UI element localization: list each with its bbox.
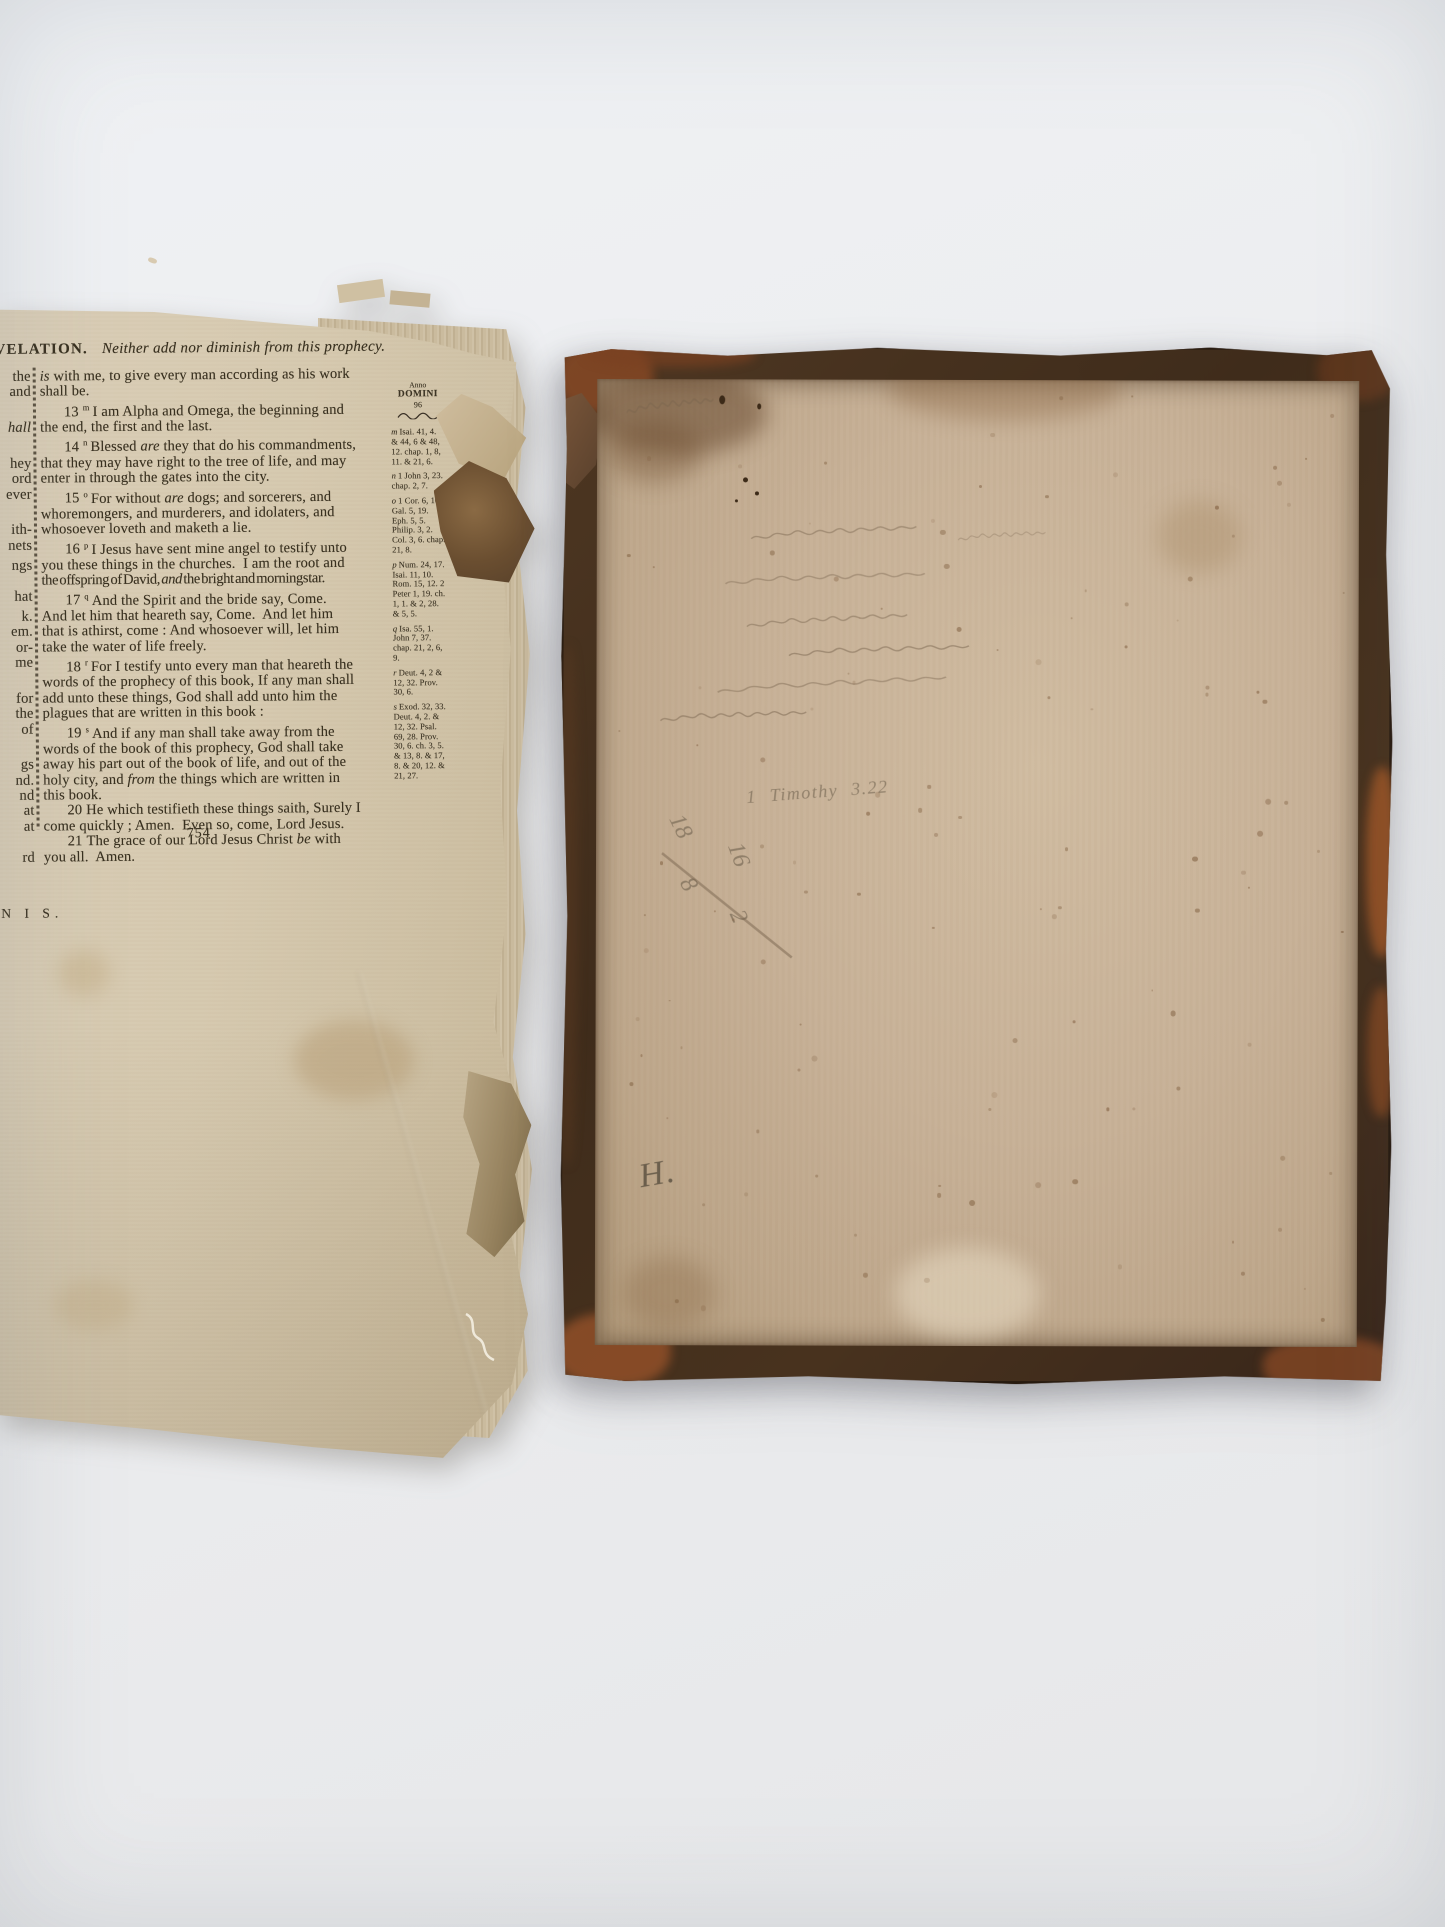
reference-letter: m (83, 402, 90, 412)
cutoff-left-column-fragment: ever (0, 487, 41, 508)
reference-letter: n (83, 438, 87, 448)
ink-spot (755, 491, 759, 495)
domini-word: DOMINI (391, 390, 445, 400)
cutoff-left-column-fragment: nets (0, 538, 41, 559)
foxing-dot (1012, 1038, 1017, 1043)
foxing-dot (1073, 1020, 1076, 1023)
foxing-dot (810, 708, 813, 711)
foxing-dot (1113, 472, 1118, 477)
cutoff-left-column-fragment (0, 436, 40, 457)
margin-reference-group: sExod. 32, 33. Deut. 4, 2. & 12, 32. Psa… (394, 702, 449, 781)
foxing-dot (934, 833, 938, 837)
foxing-dot (1131, 396, 1133, 398)
binding-thread (460, 1310, 508, 1364)
ink-spot (735, 499, 738, 502)
verse-number: 16 (65, 542, 80, 558)
margin-reference-group: qIsa. 55, 1. John 7, 37. chap. 21, 2, 6,… (393, 624, 447, 664)
margin-references: Anno DOMINI 96 mIsai. 41, 4. & 44, 6 & 4… (391, 380, 449, 786)
page-stain (294, 1020, 414, 1100)
foxing-dot (770, 551, 775, 556)
margin-reference-group: pNum. 24, 17. Isai. 11, 10. Rom. 15, 12.… (392, 560, 447, 619)
cutoff-left-column-fragment: hall (0, 421, 40, 437)
cutoff-left-column-fragment: the (0, 370, 40, 386)
foxing-dot (811, 1056, 817, 1062)
cover-stain (607, 421, 702, 483)
cover-stain-light (895, 1248, 1040, 1340)
cover-board-leather-frame: 1 Timothy 3.22 181682 H. (559, 345, 1394, 1385)
reference-letter: o (83, 489, 87, 499)
foxing-dot (1195, 908, 1199, 912)
foxing-dot (969, 1200, 975, 1206)
cutoff-left-column-fragment: rd (0, 850, 44, 866)
foxing-dot (1045, 495, 1049, 499)
foxing-dot (930, 519, 934, 523)
foxing-dot (857, 893, 860, 896)
foxing-dot (732, 919, 734, 921)
foxing-dot (918, 808, 923, 813)
foxing-dot (1040, 908, 1042, 910)
reference-letter: p (84, 540, 88, 550)
foxing-dot (1125, 646, 1128, 649)
margin-reference-group: rDeut. 4, 2 & 12, 32. Prov. 30, 6. (393, 668, 447, 698)
reference-letter: r (85, 657, 88, 667)
foxing-dot (938, 1184, 941, 1187)
foxing-dot (991, 1092, 997, 1098)
torn-page-sliver (389, 290, 430, 307)
foxing-dot (1256, 691, 1259, 694)
foxing-dot (1278, 1228, 1282, 1232)
scripture-line: rdyou all. Amen. (0, 847, 451, 866)
foxing-dot (996, 649, 998, 651)
foxing-dot (989, 1109, 991, 1111)
pastedown-paper: 1 Timothy 3.22 181682 H. (595, 379, 1360, 1347)
page-number: 754 (19, 825, 379, 844)
foxing-dot (1265, 799, 1271, 805)
pencil-strike-line (654, 845, 804, 970)
ink-spot (743, 477, 748, 482)
ink-drip (719, 395, 725, 404)
cutoff-left-column-fragment: nd (0, 789, 43, 805)
handwritten-numeral: 18 (663, 810, 698, 843)
cutoff-left-column-fragment: the (0, 707, 43, 723)
foxing-dot (1281, 1156, 1286, 1161)
foxing-dot (696, 744, 698, 746)
foxing-dot (1036, 659, 1042, 665)
verse-number: 15 (65, 491, 80, 507)
cutoff-left-column-fragment: ngs (0, 558, 41, 574)
page-stain (54, 1280, 134, 1330)
handwritten-monogram: H. (636, 1152, 679, 1196)
scripture-line-text: you all. Amen. (44, 847, 451, 866)
foxing-dot (863, 1273, 868, 1278)
verse-number: 20 (67, 803, 82, 819)
foxing-dot (881, 608, 883, 610)
cutoff-left-column-fragment (0, 742, 43, 758)
verse-number: 13 (64, 404, 79, 420)
margin-key-letter: s (394, 702, 398, 712)
foxing-dot (1073, 1179, 1078, 1184)
cutoff-left-column-fragment: for (0, 691, 43, 707)
cover-stain (1157, 500, 1242, 572)
reference-letter: q (84, 591, 88, 601)
foxing-dot (1330, 1172, 1332, 1174)
cutoff-left-column-fragment: or- (0, 640, 42, 656)
cutoff-left-column-fragment: hat (0, 589, 42, 610)
rust-patch (557, 645, 578, 1165)
cutoff-left-column-fragment: ith- (0, 523, 41, 539)
foxing-dot (1058, 906, 1062, 910)
foxing-dot (1052, 914, 1056, 918)
foxing-dot (1187, 577, 1192, 582)
foxing-dot (1232, 1241, 1234, 1243)
verse-number: 17 (66, 593, 81, 609)
foxing-dot (1330, 414, 1334, 418)
running-header: VELATION.Neither add nor diminish from t… (0, 338, 447, 359)
photo-canvas: VELATION.Neither add nor diminish from t… (0, 0, 1445, 1927)
cutoff-left-column-fragment: of (0, 722, 43, 743)
foxing-dot (800, 1023, 802, 1025)
rust-patch (585, 341, 755, 367)
foxing-dot (944, 564, 949, 569)
foxing-dot (760, 844, 764, 848)
cover-stain (623, 1257, 715, 1329)
foxing-dot (1192, 856, 1197, 861)
foxing-dot (1263, 700, 1267, 704)
verse-number: 14 (64, 440, 79, 456)
reference-letter: s (86, 724, 90, 734)
margin-key-letter: o (392, 495, 396, 505)
anno-year: 96 (391, 400, 445, 410)
cutoff-left-column-fragment: gs (0, 758, 43, 774)
cutoff-left-column-fragment (0, 574, 42, 590)
ink-drip (757, 403, 761, 409)
detached-cover: 1 Timothy 3.22 181682 H. (559, 345, 1394, 1385)
foxing-dot (940, 530, 946, 536)
torn-page-sliver (337, 279, 385, 303)
cutoff-left-column-fragment (0, 507, 41, 523)
foxing-dot (1091, 708, 1093, 710)
foxing-dot (644, 914, 646, 916)
margin-reference-group: mIsai. 41, 4. & 44, 6 & 48, 12. chap. 1,… (391, 427, 445, 467)
foxing-dot (660, 861, 664, 865)
cutoff-left-column-fragment: hey (0, 456, 41, 472)
cutoff-left-column-fragment (0, 676, 42, 692)
page-stain (58, 950, 110, 996)
foxing-dot (1284, 801, 1288, 805)
margin-key-letter: q (393, 623, 397, 633)
margin-key-letter: n (392, 471, 396, 481)
foxing-dot (1257, 831, 1263, 837)
cutoff-left-column-fragment (0, 400, 40, 421)
running-header-title: VELATION. (0, 341, 88, 358)
brace-squiggle (396, 409, 440, 419)
book-open-page: VELATION.Neither add nor diminish from t… (0, 298, 528, 1466)
margin-reference-groups: mIsai. 41, 4. & 44, 6 & 48, 12. chap. 1,… (391, 427, 448, 781)
foxing-dot (958, 815, 962, 819)
margin-key-letter: p (392, 559, 396, 569)
verse-number: 19 (67, 726, 82, 742)
foxing-dot (636, 1017, 640, 1021)
foxing-dot (928, 785, 931, 788)
foxing-dot (937, 1193, 941, 1197)
scripture-lines: theis with me, to give every man accordi… (0, 366, 451, 866)
foxing-dot (701, 1306, 706, 1311)
foxing-dot (1151, 990, 1153, 992)
foxing-dot (1277, 481, 1282, 486)
foxing-dot (1320, 1318, 1324, 1322)
margin-key-letter: m (391, 427, 397, 437)
margin-key-letter: r (393, 667, 397, 677)
cutoff-left-column-fragment: at (0, 804, 44, 820)
verse-number: 18 (66, 659, 81, 675)
finis-fragment: N I S. (1, 905, 63, 922)
foxing-dot (1035, 1182, 1041, 1188)
foxing-dot (824, 462, 827, 465)
running-header-motto: Neither add nor diminish from this proph… (102, 339, 385, 357)
foxing-dot (1273, 466, 1277, 470)
cutoff-left-column-fragment: me (0, 656, 42, 677)
cutoff-left-column-fragment: k. (0, 609, 42, 625)
cutoff-left-column-fragment: em. (0, 625, 42, 641)
cutoff-left-column-fragment: nd. (0, 773, 43, 789)
foxing-dot (738, 465, 742, 469)
cutoff-left-column-fragment: ord (0, 472, 41, 488)
foxing-dot (1048, 696, 1051, 699)
cutoff-left-column-fragment: and (0, 385, 40, 401)
foxing-dot (852, 681, 855, 684)
foxing-dot (618, 730, 620, 732)
